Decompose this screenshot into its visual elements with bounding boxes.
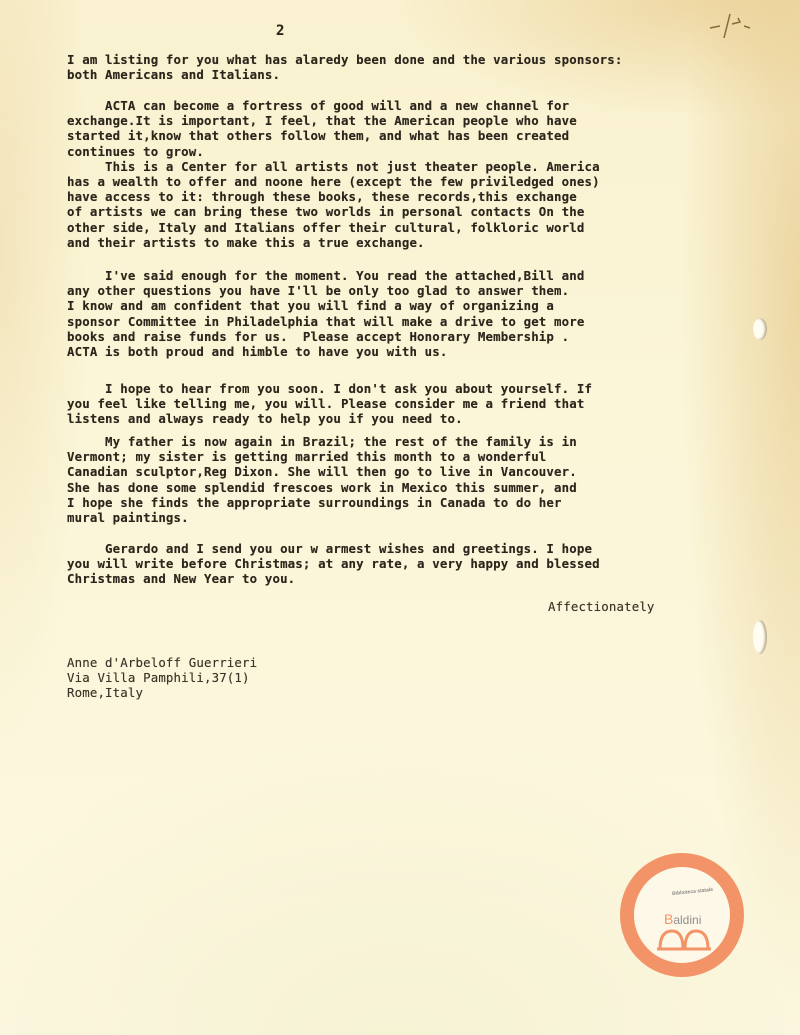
paragraph-sponsors: I am listing for you what has alaredy be…	[67, 52, 623, 82]
punch-hole	[753, 620, 767, 654]
open-book-icon	[656, 927, 712, 951]
paragraph-acta-center: ACTA can become a fortress of good will …	[67, 98, 600, 250]
closing: Affectionately	[548, 599, 655, 614]
paragraph-hope-to-hear: I hope to hear from you soon. I don't as…	[67, 381, 592, 427]
punch-hole	[753, 318, 767, 340]
stamp-initial: B	[664, 911, 673, 927]
stamp-name: Baldini	[664, 911, 701, 927]
library-stamp: Biblioteca statale Baldini	[620, 853, 744, 977]
paragraph-family-news: My father is now again in Brazil; the re…	[67, 434, 577, 525]
paragraph-greetings: Gerardo and I send you our w armest wish…	[67, 541, 600, 587]
pencil-annotation-icon	[700, 10, 760, 40]
stamp-name-rest: aldini	[673, 913, 701, 927]
page-number: 2	[276, 24, 285, 39]
paper-page: 2 I am listing for you what has alaredy …	[0, 0, 800, 1035]
paragraph-committee: I've said enough for the moment. You rea…	[67, 268, 584, 359]
stamp-subtitle: Biblioteca statale	[672, 887, 714, 897]
signature-block: Anne d'Arbeloff Guerrieri Via Villa Pamp…	[67, 655, 257, 701]
